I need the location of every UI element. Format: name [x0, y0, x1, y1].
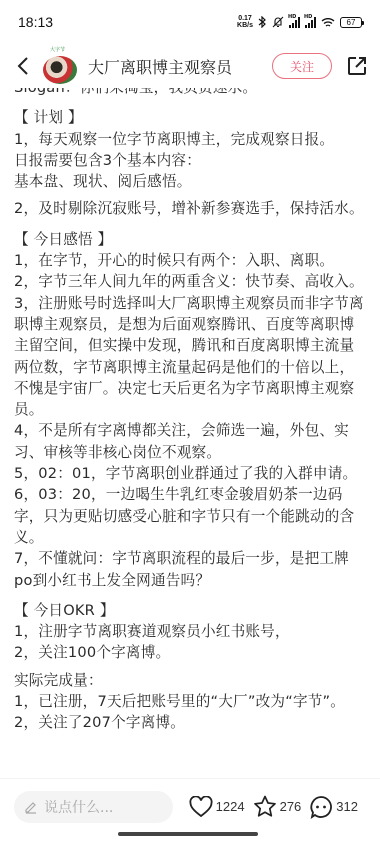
network-speed: 0.17 KB/s: [237, 15, 253, 29]
insight-item-5: 5，02：01，字节离职创业群通过了我的入群申请。: [14, 463, 366, 484]
share-icon[interactable]: [346, 55, 368, 77]
net-speed-value: 0.17: [237, 15, 253, 22]
insight-item-6: 6，03：20，一边喝生牛乳红枣金骏眉奶茶一边码字，只为更贴切感受心脏和字节只有…: [14, 484, 366, 548]
star-icon: [253, 795, 277, 818]
insight-item-3: 3，注册账号时选择叫大厂离职博主观察员而非字节离职博主观察员，是想为后面观察腾讯…: [14, 293, 366, 421]
collect-button[interactable]: 276: [253, 795, 302, 818]
slogan-text: Slogan：你们来淘宝，我负责速水。: [14, 88, 366, 98]
comment-placeholder: 说点什么...: [44, 797, 113, 817]
insight-item-2: 2，字节三年人间九年的两重含义：快节奏、高收入。: [14, 271, 366, 292]
comment-button[interactable]: 312: [309, 795, 358, 819]
avatar-tag: 大字节: [50, 46, 65, 53]
collect-count: 276: [280, 799, 302, 814]
home-indicator[interactable]: [118, 832, 258, 836]
okr-item-2: 2，关注100个字离博。: [14, 642, 366, 663]
nav-bar: 大字节 大厂离职博主观察员 关注: [0, 44, 380, 88]
pencil-icon: [24, 800, 38, 814]
avatar[interactable]: 大字节: [42, 48, 78, 84]
author-name[interactable]: 大厂离职博主观察员: [88, 55, 272, 78]
okr-item-1: 1，注册字节离职赛道观察员小红书账号，: [14, 621, 366, 642]
signal-icon-sim1: HD: [289, 17, 300, 28]
actual-header: 实际完成量：: [14, 670, 366, 691]
comment-bubble-icon: [309, 795, 333, 819]
heart-icon: [189, 796, 213, 818]
like-count: 1224: [216, 799, 245, 814]
bottom-bar: 说点什么... 1224 276 312: [0, 778, 380, 834]
follow-button[interactable]: 关注: [272, 53, 332, 79]
bluetooth-icon: [258, 16, 267, 28]
wifi-icon: [321, 17, 335, 28]
insight-item-7: 7，不懂就问：字节离职流程的最后一步，是把工牌po到小红书上发全网通告吗？: [14, 548, 366, 591]
status-time: 18:13: [18, 14, 53, 30]
actual-item-1: 1，已注册，7天后把账号里的“大厂”改为“字节”。: [14, 691, 366, 712]
okr-header: 【 今日OKR 】: [14, 600, 366, 621]
net-speed-unit: KB/s: [237, 22, 253, 29]
comment-input[interactable]: 说点什么...: [14, 791, 173, 823]
like-button[interactable]: 1224: [189, 796, 245, 818]
battery-icon: 67: [340, 17, 362, 28]
plan-item-1c: 基本盘、现状、阅后感悟。: [14, 171, 366, 192]
signal-icon-sim2: HD: [305, 17, 316, 28]
back-icon[interactable]: [12, 55, 34, 77]
bell-muted-icon: [272, 16, 284, 28]
plan-item-2: 2，及时剔除沉寂账号，增补新参赛选手，保持活水。: [14, 198, 366, 219]
status-icons: 0.17 KB/s HD HD 67: [237, 15, 362, 29]
avatar-image: [43, 56, 77, 84]
plan-item-1: 1，每天观察一位字节离职博主，完成观察日报。: [14, 129, 366, 150]
insight-header: 【 今日感悟 】: [14, 229, 366, 250]
plan-header: 【 计划 】: [14, 107, 366, 128]
comment-count: 312: [336, 799, 358, 814]
insight-item-4: 4，不是所有字离博都关注，会筛选一遍，外包、实习、审核等非核心岗位不观察。: [14, 420, 366, 463]
actual-item-2: 2，关注了207个字离博。: [14, 712, 366, 733]
status-bar: 18:13 0.17 KB/s HD HD 67: [0, 0, 380, 44]
insight-item-1: 1，在字节，开心的时候只有两个：入职、离职。: [14, 250, 366, 271]
post-content: Slogan：你们来淘宝，我负责速水。 【 计划 】 1，每天观察一位字节离职博…: [0, 88, 380, 734]
plan-item-1b: 日报需要包含3个基本内容：: [14, 150, 366, 171]
